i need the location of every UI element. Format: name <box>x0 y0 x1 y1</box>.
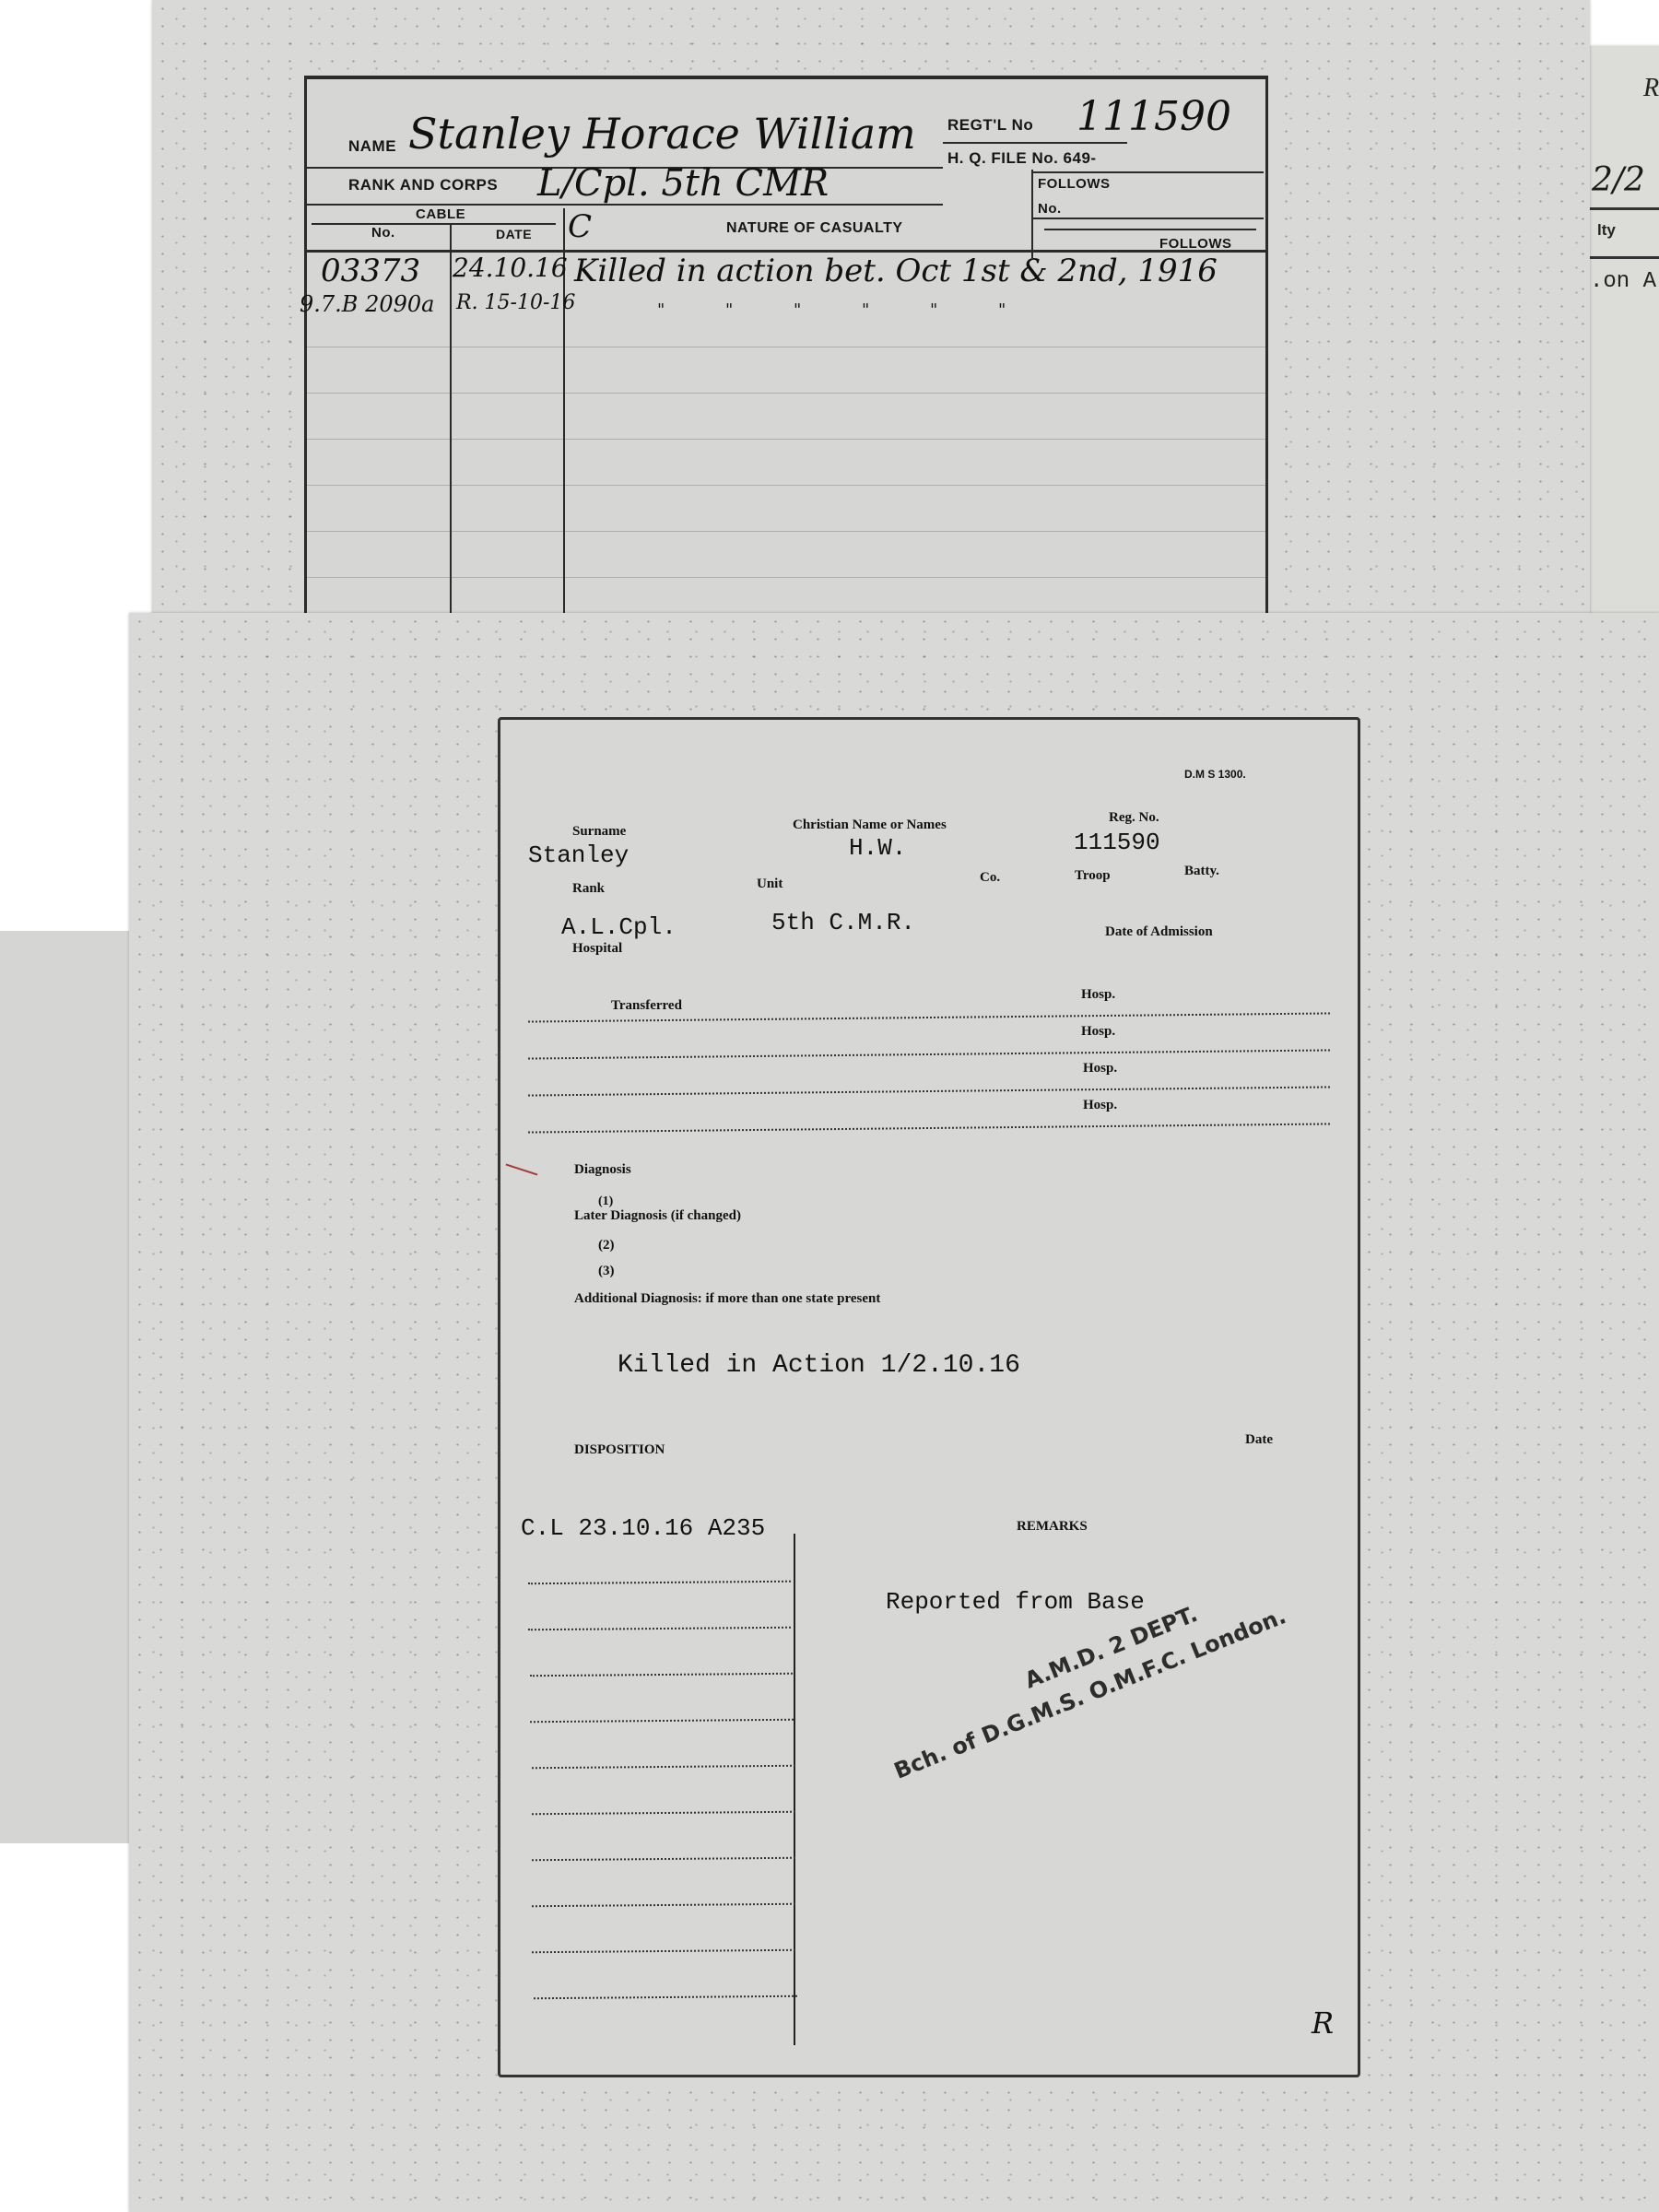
back-sheet-right: R 2/2 lty .on A <box>1590 46 1659 618</box>
name-label: NAME <box>348 137 396 156</box>
col-date: DATE <box>496 227 532 241</box>
divider <box>1033 171 1264 173</box>
transferred-line-4 <box>528 1123 1330 1133</box>
red-pencil-mark <box>506 1163 538 1175</box>
batty-label: Batty. <box>1184 864 1219 879</box>
divider <box>1033 218 1264 219</box>
disposition-line <box>528 1627 791 1630</box>
rank-label: Rank <box>572 881 605 897</box>
diagnosis-value: Killed in Action 1/2.10.16 <box>618 1351 1020 1380</box>
divider <box>1044 229 1256 230</box>
row-2-date: R. 15-10-16 <box>456 291 575 314</box>
sheet-letter: R <box>1643 74 1659 103</box>
disposition-line <box>532 1857 795 1861</box>
rank-label: RANK AND CORPS <box>348 176 498 194</box>
col-nature: NATURE OF CASUALTY <box>726 220 903 237</box>
disposition-line <box>530 1673 793 1677</box>
casualty-card: NAME Stanley Horace William RANK AND COR… <box>304 76 1268 632</box>
disposition-value: C.L 23.10.16 A235 <box>521 1514 765 1542</box>
transferred-line-2 <box>528 1049 1330 1059</box>
row-2-no: 9.7.B 2090a <box>300 291 434 317</box>
co-label: Co. <box>980 870 1000 886</box>
hosp-label-3: Hosp. <box>1083 1061 1117 1077</box>
diag-2-label: (2) <box>598 1238 615 1253</box>
diag-1-label: (1) <box>598 1194 613 1209</box>
unit-value: 5th C.M.R. <box>771 909 915 936</box>
disposition-line <box>532 1811 795 1815</box>
divider <box>312 223 556 225</box>
disposition-label: DISPOSITION <box>574 1442 665 1458</box>
divider <box>307 204 943 206</box>
divider <box>1590 207 1659 210</box>
date-label: Date <box>1245 1432 1273 1448</box>
reg-no-label: Reg. No. <box>1109 810 1159 826</box>
initials: R <box>1312 2006 1334 2041</box>
follows-label: FOLLOWS <box>1038 176 1111 192</box>
remarks-value: Reported from Base <box>886 1588 1145 1616</box>
column-fragment: lty <box>1597 221 1616 240</box>
row-2-nature: " " " " " " <box>657 300 1033 320</box>
divider <box>1590 256 1659 259</box>
rank-value: A.L.Cpl. <box>561 913 677 941</box>
row-1-nature: Killed in action bet. Oct 1st & 2nd, 191… <box>574 253 1218 289</box>
christian-name-value: H.W. <box>849 834 906 862</box>
reg-no-value: 111590 <box>1074 829 1160 856</box>
disposition-line <box>532 1903 795 1907</box>
follows-no-label: No. <box>1038 201 1062 217</box>
disposition-line <box>532 1765 795 1769</box>
remarks-label: REMARKS <box>1017 1519 1088 1535</box>
diagnosis-label: Diagnosis <box>574 1162 631 1178</box>
rank-value: L/Cpl. 5th CMR <box>537 162 829 205</box>
transferred-line-1 <box>528 1012 1330 1022</box>
disposition-column-divider <box>794 1534 795 2045</box>
regtl-value: 111590 <box>1077 93 1231 140</box>
unit-label: Unit <box>757 877 782 892</box>
date-of-admission-label: Date of Admission <box>1105 924 1213 940</box>
sheet-handwriting: 2/2 <box>1592 161 1645 199</box>
surname-label: Surname <box>572 824 626 840</box>
disposition-line <box>534 1995 797 1999</box>
medical-card: D.M S 1300. Surname Stanley Christian Na… <box>498 717 1360 2077</box>
cable-label: CABLE <box>416 206 465 222</box>
col-marker: C <box>568 208 592 245</box>
troop-label: Troop <box>1075 868 1111 884</box>
ruled-line <box>307 485 1265 486</box>
hq-file-label: H. Q. FILE No. 649- <box>947 149 1097 168</box>
ruled-line <box>307 577 1265 578</box>
hosp-label-2: Hosp. <box>1081 1024 1115 1040</box>
christian-name-label: Christian Name or Names <box>793 818 947 833</box>
disposition-line <box>528 1581 791 1584</box>
col-no: No. <box>371 225 395 241</box>
form-code: D.M S 1300. <box>1184 768 1246 781</box>
name-value: Stanley Horace William <box>408 109 916 159</box>
disposition-line <box>532 1949 795 1953</box>
divider <box>943 142 1127 144</box>
hosp-label-4: Hosp. <box>1083 1098 1117 1113</box>
transferred-label: Transferred <box>611 998 682 1014</box>
hospital-label: Hospital <box>572 941 622 957</box>
surname-value: Stanley <box>528 841 629 869</box>
hosp-label-1: Hosp. <box>1081 987 1115 1003</box>
ruled-line <box>307 531 1265 532</box>
typed-fragment: .on A <box>1590 269 1656 294</box>
ruled-line <box>307 439 1265 440</box>
underlying-sheet-left <box>0 931 138 1843</box>
diag-3-label: (3) <box>598 1264 615 1279</box>
transferred-line-3 <box>528 1086 1330 1096</box>
row-1-date: 24.10.16 <box>453 253 568 283</box>
column-separator <box>450 225 452 635</box>
ruled-line <box>307 347 1265 347</box>
ruled-line <box>307 393 1265 394</box>
regtl-label: REGT'L No <box>947 116 1033 135</box>
later-diagnosis-label: Later Diagnosis (if changed) <box>574 1208 741 1224</box>
divider <box>1031 170 1033 258</box>
disposition-line <box>530 1719 794 1723</box>
additional-diagnosis-label: Additional Diagnosis: if more than one s… <box>574 1291 880 1307</box>
row-1-no: 03373 <box>321 253 420 289</box>
